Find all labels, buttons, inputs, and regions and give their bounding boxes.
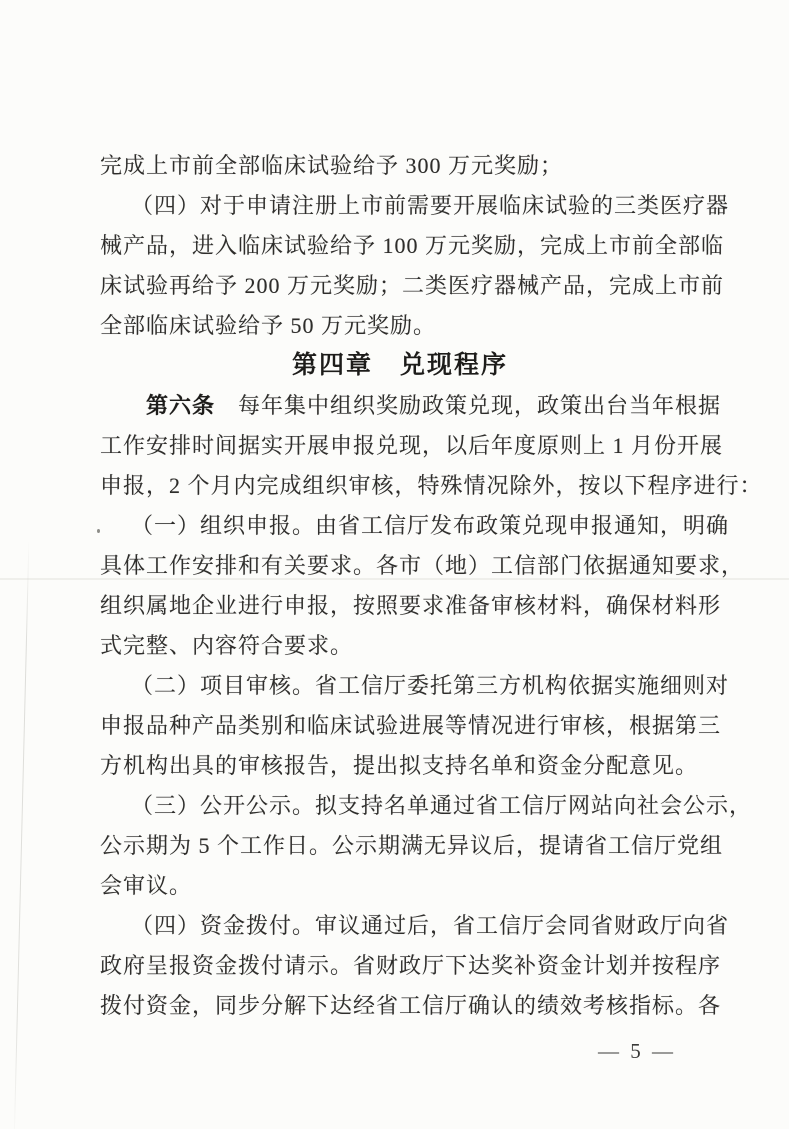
article-label: 第六条 bbox=[146, 393, 215, 418]
text-line: 床试验再给予 200 万元奖励；二类医疗器械产品，完成上市前 bbox=[100, 266, 700, 306]
text-line: （二）项目审核。省工信厅委托第三方机构依据实施细则对 bbox=[100, 666, 700, 706]
text-line: 完成上市前全部临床试验给予 300 万元奖励； bbox=[100, 146, 700, 186]
text-line: 会审议。 bbox=[100, 866, 700, 906]
text-line: （四）资金拨付。审议通过后，省工信厅会同省财政厅向省 bbox=[100, 906, 700, 946]
scan-streak-artifact bbox=[0, 578, 789, 580]
page-number: — 5 — bbox=[598, 1036, 688, 1066]
text-line: 械产品，进入临床试验给予 100 万元奖励，完成上市前全部临 bbox=[100, 226, 700, 266]
text-line: 第六条 每年集中组织奖励政策兑现，政策出台当年根据 bbox=[100, 386, 700, 426]
text-line: 方机构出具的审核报告，提出拟支持名单和资金分配意见。 bbox=[100, 746, 700, 786]
scan-dot-artifact bbox=[97, 529, 100, 533]
text-line: 申报品种产品类别和临床试验进展等情况进行审核，根据第三 bbox=[100, 706, 700, 746]
text-line: 拨付资金，同步分解下达经省工信厅确认的绩效考核指标。各 bbox=[100, 986, 700, 1026]
scan-fold-line-artifact bbox=[14, 538, 29, 1129]
chapter-heading: 第四章 兑现程序 bbox=[100, 346, 700, 386]
text-line: 政府呈报资金拨付请示。省财政厅下达奖补资金计划并按程序 bbox=[100, 946, 700, 986]
text-line: 工作安排时间据实开展申报兑现，以后年度原则上 1 月份开展 bbox=[100, 426, 700, 466]
document-page: 完成上市前全部临床试验给予 300 万元奖励； （四）对于申请注册上市前需要开展… bbox=[0, 0, 789, 1129]
text-line: 具体工作安排和有关要求。各市（地）工信部门依据通知要求， bbox=[100, 546, 700, 586]
text-line: 组织属地企业进行申报，按照要求准备审核材料，确保材料形 bbox=[100, 586, 700, 626]
text-line: （一）组织申报。由省工信厅发布政策兑现申报通知，明确 bbox=[100, 506, 700, 546]
document-body: 完成上市前全部临床试验给予 300 万元奖励； （四）对于申请注册上市前需要开展… bbox=[100, 146, 700, 1026]
text-line: （三）公开公示。拟支持名单通过省工信厅网站向社会公示， bbox=[100, 786, 700, 826]
text-line: 式完整、内容符合要求。 bbox=[100, 626, 700, 666]
text-line: 全部临床试验给予 50 万元奖励。 bbox=[100, 306, 700, 346]
text-line: 申报，2 个月内完成组织审核，特殊情况除外，按以下程序进行： bbox=[100, 466, 700, 506]
text-line: （四）对于申请注册上市前需要开展临床试验的三类医疗器 bbox=[100, 186, 700, 226]
article-first-line-text: 每年集中组织奖励政策兑现，政策出台当年根据 bbox=[215, 393, 721, 418]
text-line: 公示期为 5 个工作日。公示期满无异议后，提请省工信厅党组 bbox=[100, 826, 700, 866]
